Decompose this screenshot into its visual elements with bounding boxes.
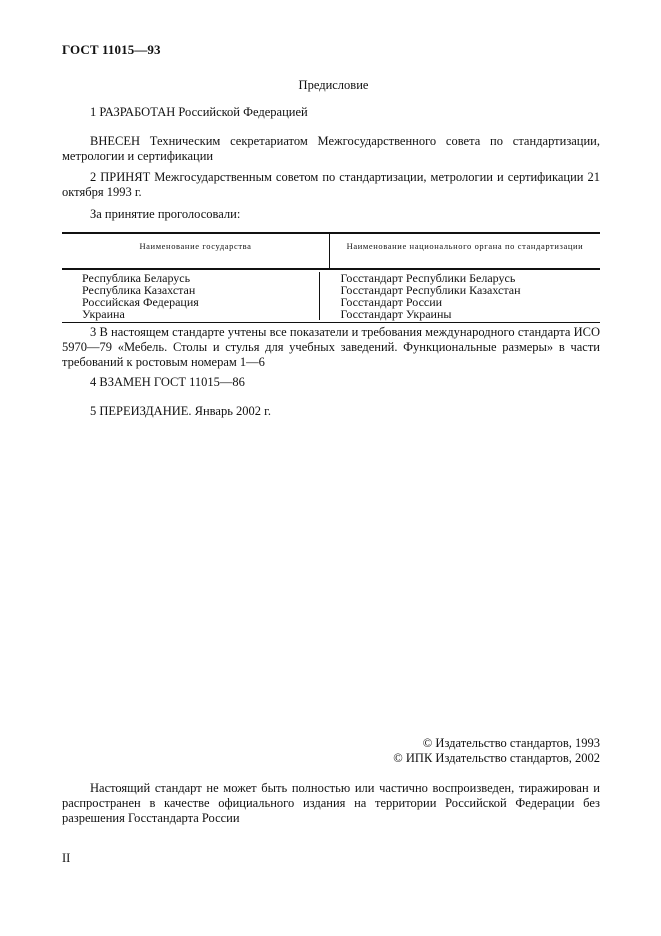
copyright-2002: © ИПК Издательство стандартов, 2002: [393, 751, 600, 766]
section-5: 5 ПЕРЕИЗДАНИЕ. Январь 2002 г.: [62, 404, 600, 419]
table-cell-body: Госстандарт Украины: [340, 308, 600, 320]
section-1: 1 РАЗРАБОТАН Российской Федерацией: [62, 105, 600, 120]
page-title: Предисловие: [0, 78, 661, 93]
section-2: 2 ПРИНЯТ Межгосударственным советом по с…: [62, 170, 600, 200]
table-cell-state: Украина: [82, 308, 319, 320]
header-state: Наименование государства: [62, 234, 330, 268]
section-1-submitted: ВНЕСЕН Техническим секретариатом Межгосу…: [62, 134, 600, 164]
section-4: 4 ВЗАМЕН ГОСТ 11015—86: [62, 375, 600, 390]
table-body: Республика Беларусь Республика Казахстан…: [62, 270, 600, 322]
voted-label: За принятие проголосовали:: [62, 207, 600, 222]
header-national-body: Наименование национального органа по ста…: [330, 234, 600, 268]
copyright-1993: © Издательство стандартов, 1993: [423, 736, 600, 751]
page-number: II: [62, 851, 70, 866]
table-header: Наименование государства Наименование на…: [62, 234, 600, 270]
document-code: ГОСТ 11015—93: [62, 42, 161, 58]
voting-table: Наименование государства Наименование на…: [62, 232, 600, 323]
section-3: 3 В настоящем стандарте учтены все показ…: [62, 325, 600, 370]
reproduction-notice: Настоящий стандарт не может быть полност…: [62, 781, 600, 826]
